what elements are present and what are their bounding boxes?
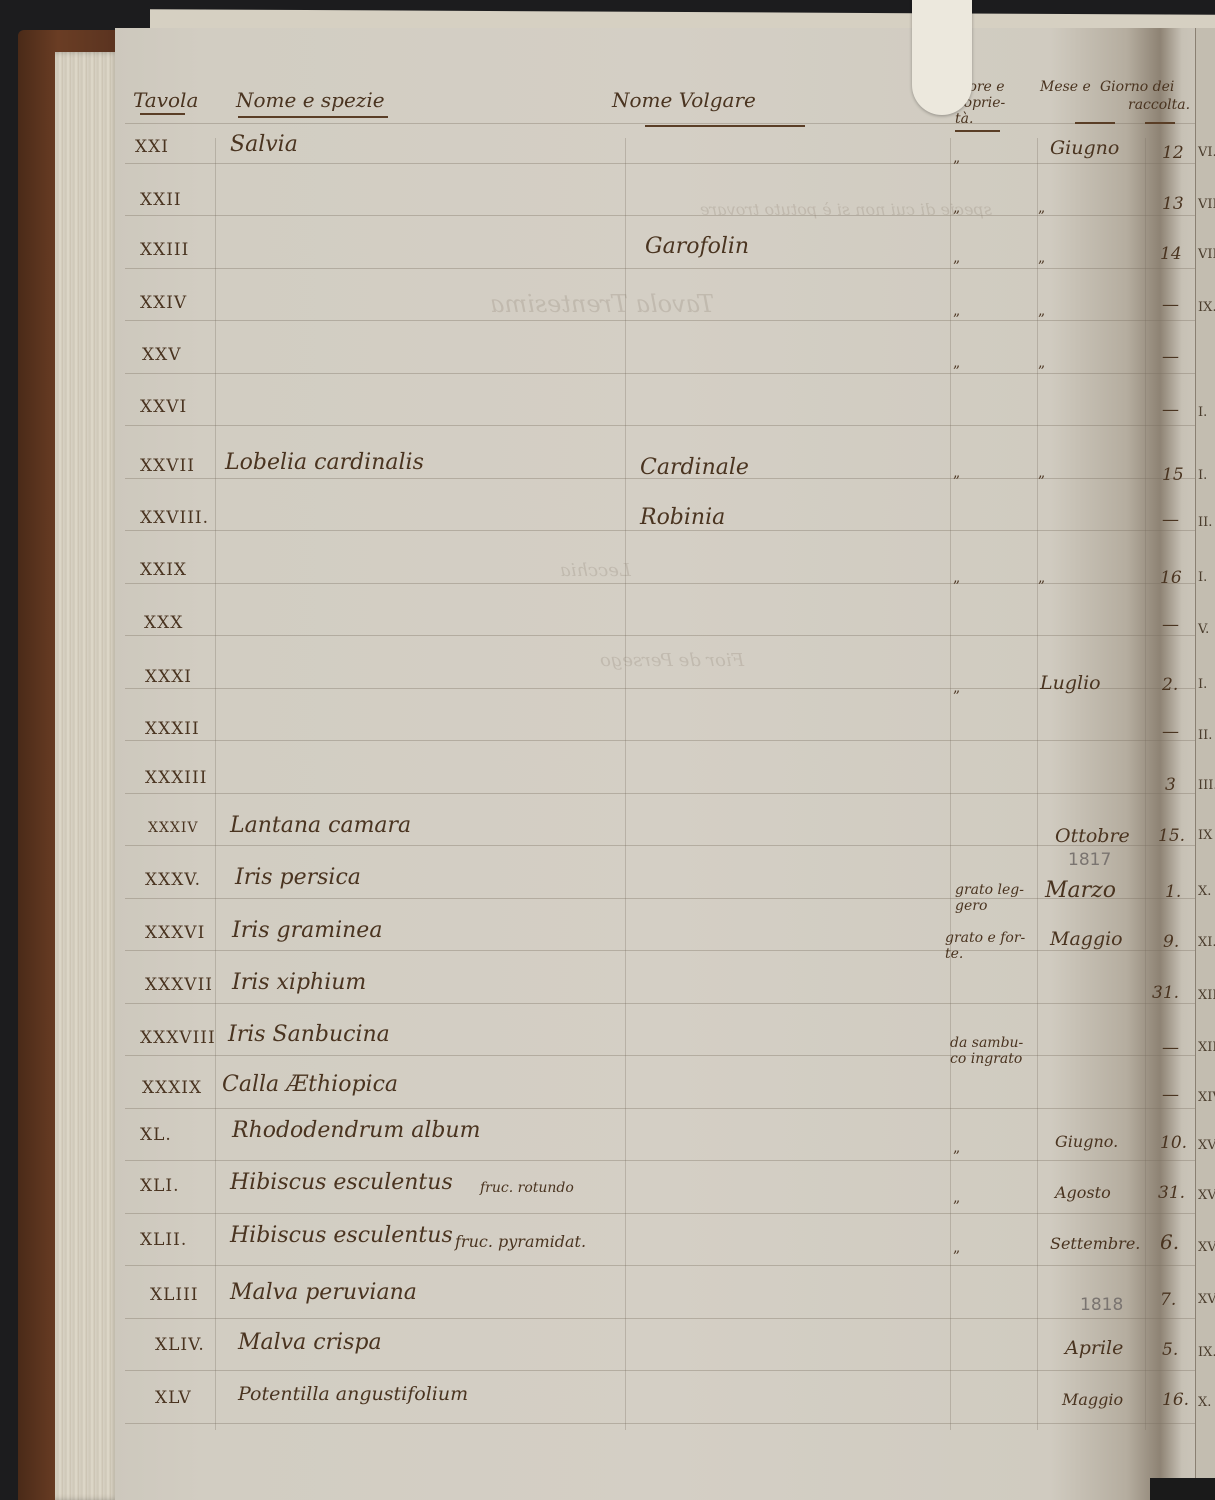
bleed-through-text: Lecchia [560,560,631,581]
facing-page-number: XVI. [1198,1188,1215,1203]
facing-page-number: XIII [1198,1040,1215,1055]
header-nome-specie: Nome e spezie [236,88,385,112]
harvest-day: — [1162,1085,1179,1105]
harvest-month: Marzo [1045,878,1116,903]
harvest-day: 16 [1160,568,1182,588]
odore-note: grato e for-te. [945,930,1040,962]
ditto-mark: „ [953,250,960,266]
ditto-mark: „ [953,570,960,586]
facing-page-number: I. [1198,468,1207,483]
species-name: Iris Sanbucina [228,1022,390,1047]
species-name: Salvia [230,132,298,157]
ditto-mark: „ [953,355,960,371]
facing-page-number: XI. [1198,935,1215,950]
year-stamp-1817: 1817 [1068,850,1111,870]
species-name: Iris persica [235,865,361,890]
harvest-month: Giugno [1050,137,1119,159]
harvest-day: 10. [1160,1133,1187,1153]
tavola-number: XXVIII. [140,508,209,528]
tavola-number: XLV [155,1388,192,1408]
species-note: fruc. pyramidat. [455,1232,586,1251]
facing-page-number: VII. [1198,197,1215,212]
harvest-day: 15. [1158,826,1185,846]
tavola-number: XXXIX [142,1078,202,1098]
ditto-mark: „ [953,1140,960,1156]
facing-page-number: I. [1198,570,1207,585]
species-note: fruc. rotundo [480,1180,574,1196]
harvest-day: 13 [1162,194,1184,214]
species-name: Malva crispa [238,1330,382,1355]
tavola-number: XL. [140,1125,172,1145]
ditto-mark: „ [953,200,960,216]
facing-page-number: II. [1198,515,1212,530]
ditto-mark: „ [953,303,960,319]
facing-page-number: IX [1198,828,1212,843]
harvest-day: 14 [1160,244,1182,264]
harvest-day: 5. [1162,1340,1178,1360]
harvest-month: Maggio [1062,1390,1123,1409]
harvest-month: Luglio [1040,672,1101,694]
tavola-number: XXXVI [145,923,205,943]
facing-page-number: I. [1198,405,1207,420]
ditto-mark: „ [1038,303,1045,319]
header-underline [1075,122,1115,124]
odore-note: da sambu-co ingrato [950,1035,1035,1067]
harvest-day: 12 [1162,143,1184,163]
facing-page-number: VIII. [1198,247,1215,262]
facing-page-number: IX. [1198,1345,1215,1360]
tavola-number: XXXV. [145,870,201,890]
tavola-number: XXI [135,137,169,157]
harvest-day: 31. [1152,983,1179,1003]
species-name: Iris graminea [232,918,382,943]
harvest-month: Settembre. [1050,1234,1140,1253]
ditto-mark: „ [1038,570,1045,586]
species-name: Hibiscus esculentus [230,1170,453,1195]
tavola-number: XXXIII [145,768,207,788]
tavola-number: XXXIV [148,820,199,836]
tavola-number: XLIV. [155,1335,205,1355]
harvest-month: Aprile [1065,1337,1123,1359]
harvest-month: Agosto [1055,1183,1111,1202]
harvest-day: 7. [1160,1290,1176,1310]
tavola-number: XXVII [140,456,195,476]
harvest-month: Giugno. [1055,1132,1118,1151]
tavola-number: XXII [140,190,182,210]
harvest-day: — [1162,1038,1179,1058]
ditto-mark: „ [1038,250,1045,266]
page-edges [55,52,120,1500]
tavola-number: XXIX [140,560,187,580]
tavola-number: XXIV [140,293,187,313]
tavola-number: XXX [144,613,183,633]
harvest-day: 2. [1162,675,1178,695]
facing-page-number: X. [1198,884,1211,899]
harvest-day: 9. [1163,932,1179,952]
species-name: Calla Æthiopica [222,1072,398,1097]
facing-page-number: XVII. [1198,1240,1215,1255]
header-nome-volgare: Nome Volgare [612,88,756,112]
bleed-through-text: specie di cui non si è potuto trovare [700,200,992,219]
facing-page-number: VI. [1198,145,1215,160]
harvest-day: 15 [1162,465,1184,485]
header-underline [238,116,388,118]
ditto-mark: „ [953,150,960,166]
header-underline [1145,122,1175,124]
species-name: Lobelia cardinalis [225,450,424,475]
species-name: Lantana camara [230,813,411,838]
tavola-number: XXXVII [145,975,213,995]
tavola-number: XXXI [145,667,192,687]
ditto-mark: „ [953,1240,960,1256]
tavola-number: XLII. [140,1230,187,1250]
tavola-number: XLIII [150,1285,199,1305]
common-name: Robinia [640,505,725,530]
tavola-number: XXIII [140,240,189,260]
ditto-mark: „ [1038,465,1045,481]
harvest-day: 1. [1165,882,1181,902]
facing-page-number: X. [1198,1395,1211,1410]
facing-page-number: XV. [1198,1138,1215,1153]
common-name: Cardinale [640,455,749,480]
harvest-month: Ottobre [1055,825,1130,847]
facing-page-number: XVIII. [1198,1292,1215,1307]
harvest-day: — [1162,722,1179,742]
facing-page-number: III. [1198,778,1215,793]
harvest-day: — [1162,347,1179,367]
ditto-mark: „ [1038,200,1045,216]
bookmark-tab [912,0,972,115]
facing-page-number: V. [1198,622,1209,637]
facing-page-number: XIV. [1198,1090,1215,1105]
harvest-day: — [1162,615,1179,635]
header-underline [955,130,1000,132]
harvest-day: 3 [1165,775,1176,795]
harvest-day: — [1162,510,1179,530]
harvest-day: 6. [1160,1230,1179,1254]
header-odore-line3: tà. [955,112,973,127]
tavola-number: XXXII [145,719,200,739]
bleed-through-text: Tavola Trentesima [490,290,714,318]
ditto-mark: „ [953,465,960,481]
tavola-number: XXXVIII [140,1028,216,1048]
header-tavola: Tavola [133,88,198,112]
common-name: Garofolin [645,234,749,259]
page-bottom-shadow [1150,1478,1215,1500]
ditto-mark: „ [1038,355,1045,371]
tavola-number: XXV [142,345,181,365]
ditto-mark: „ [953,680,960,696]
year-stamp-1818: 1818 [1080,1295,1123,1315]
harvest-day: — [1162,400,1179,420]
species-name: Malva peruviana [230,1280,417,1305]
header-raccolta: raccolta. [1128,98,1190,113]
header-giorno: Giorno dei [1100,80,1174,95]
species-name: Hibiscus esculentus [230,1223,453,1248]
harvest-month: Maggio [1050,928,1123,950]
species-name: Rhododendrum album [232,1118,480,1143]
odore-note: grato leg-gero [955,882,1035,914]
tavola-number: XXVI [140,397,187,417]
facing-page-number: I. [1198,677,1207,692]
facing-page-number: XII. [1198,988,1215,1003]
header-mese: Mese e [1040,80,1091,95]
bleed-through-text: Fior de Persego [600,650,744,671]
ditto-mark: „ [953,1190,960,1206]
harvest-day: — [1162,295,1179,315]
facing-page-number: IX. [1198,300,1215,315]
species-name: Potentilla angustifolium [238,1383,468,1405]
harvest-day: 31. [1158,1183,1185,1203]
header-underline [140,113,185,115]
facing-page-number: II. [1198,728,1212,743]
harvest-day: 16. [1162,1390,1189,1410]
tavola-number: XLI. [140,1176,180,1196]
header-underline [645,125,805,127]
species-name: Iris xiphium [232,970,366,995]
